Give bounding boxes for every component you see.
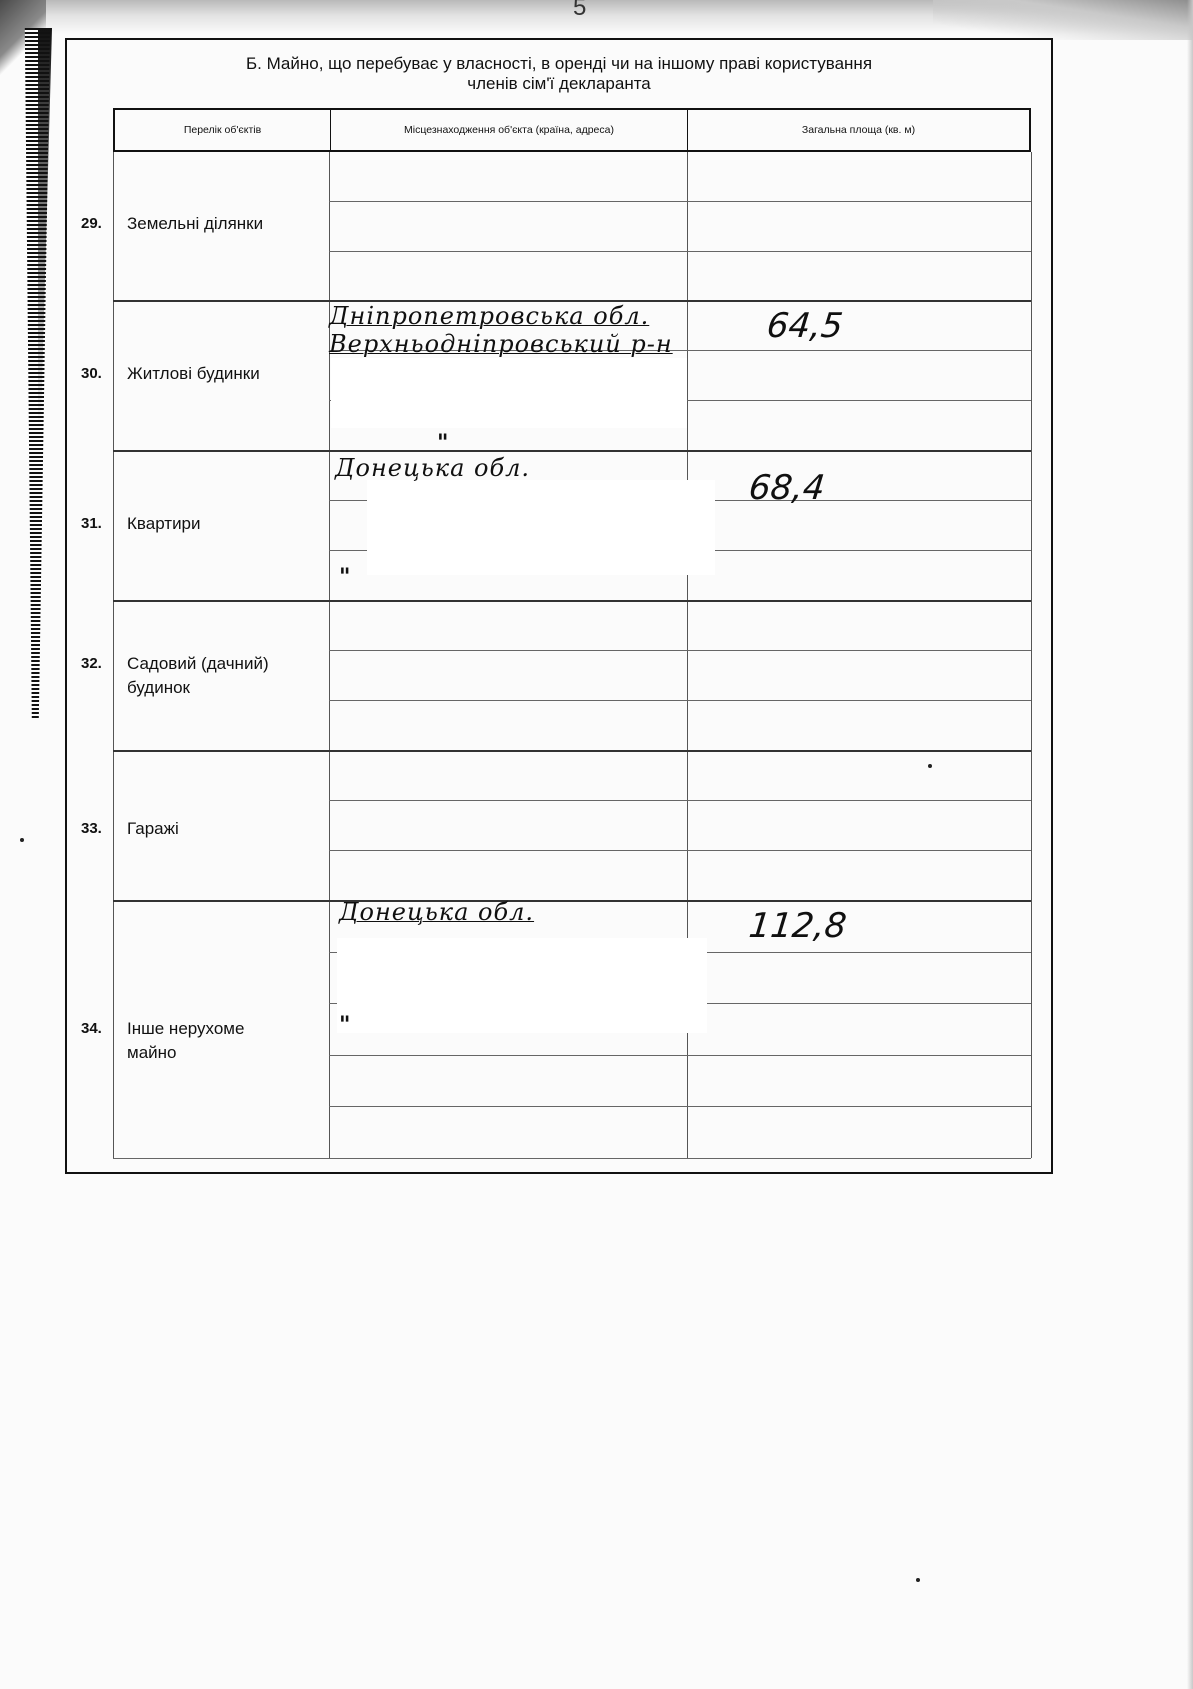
- row-34-label: Інше нерухоме майно: [127, 1017, 287, 1065]
- grid-horizontal-line: [329, 850, 1031, 851]
- grid-horizontal-line: [113, 600, 1031, 602]
- section-title: Б. Майно, що перебуває у власності, в ор…: [67, 54, 1051, 94]
- scan-shadow-corner: [933, 0, 1193, 40]
- binding-shadow: [38, 28, 52, 428]
- grid-horizontal-line: [329, 700, 1031, 701]
- row-33-label: Гаражі: [127, 817, 317, 841]
- row-31-number: 31.: [81, 515, 111, 532]
- scan-edge-right: [1187, 0, 1193, 1689]
- scan-speck: [916, 1578, 920, 1582]
- row-32-label: Садовий (дачний) будинок: [127, 652, 307, 700]
- row-30-ditto-mark: ": [437, 430, 448, 456]
- row-33-number: 33.: [81, 820, 111, 837]
- grid-vertical-line: [113, 152, 114, 1158]
- header-objects: Перелік об'єктів: [115, 110, 331, 150]
- scan-speck: [928, 764, 932, 768]
- row-30-address-line2: Верхньодніпровський р-н: [329, 330, 673, 358]
- section-title-line2: членів сім'ї декларанта: [67, 74, 1051, 94]
- grid-horizontal-line: [113, 900, 1031, 902]
- row-34-number: 34.: [81, 1020, 111, 1037]
- row-30-area: 64,5: [765, 306, 845, 346]
- grid-vertical-line: [1031, 152, 1032, 1158]
- row-30-address-line1: Дніпропетровська обл.: [329, 302, 649, 330]
- grid-horizontal-line: [113, 450, 1031, 452]
- row-34-area: 112,8: [747, 906, 849, 946]
- row-31-ditto-mark: ": [339, 564, 350, 590]
- grid-horizontal-line: [329, 1106, 1031, 1107]
- row-34-address-line1: Донецька обл.: [339, 898, 534, 926]
- table-header: Перелік об'єктів Місцезнаходження об'єкт…: [113, 108, 1031, 152]
- header-location: Місцезнаходження об'єкта (країна, адреса…: [331, 110, 688, 150]
- header-area: Загальна площа (кв. м): [688, 110, 1029, 150]
- row-32-number: 32.: [81, 655, 111, 672]
- row-30-label: Житлові будинки: [127, 362, 317, 386]
- grid-horizontal-line: [113, 750, 1031, 752]
- scan-speck: [20, 838, 24, 842]
- row-31-area: 68,4: [747, 468, 827, 508]
- grid-horizontal-line: [329, 800, 1031, 801]
- redaction-box: [331, 358, 687, 428]
- row-29-number: 29.: [81, 215, 111, 232]
- row-31-label: Квартири: [127, 512, 317, 536]
- form-frame: Б. Майно, що перебуває у власності, в ор…: [65, 38, 1053, 1174]
- section-title-line1: Б. Майно, що перебуває у власності, в ор…: [67, 54, 1051, 74]
- page-number: 5: [573, 0, 586, 22]
- redaction-box: [367, 480, 715, 575]
- row-29-label: Земельні ділянки: [127, 212, 317, 236]
- row-30-number: 30.: [81, 365, 111, 382]
- row-34-ditto-mark: ": [339, 1012, 350, 1038]
- grid-horizontal-line: [329, 1055, 1031, 1056]
- row-31-address-line1: Донецька обл.: [335, 454, 530, 482]
- grid-horizontal-line: [113, 1158, 1031, 1159]
- redaction-box: [337, 938, 707, 1033]
- grid-horizontal-line: [329, 201, 1031, 202]
- grid-horizontal-line: [329, 251, 1031, 252]
- grid-horizontal-line: [329, 650, 1031, 651]
